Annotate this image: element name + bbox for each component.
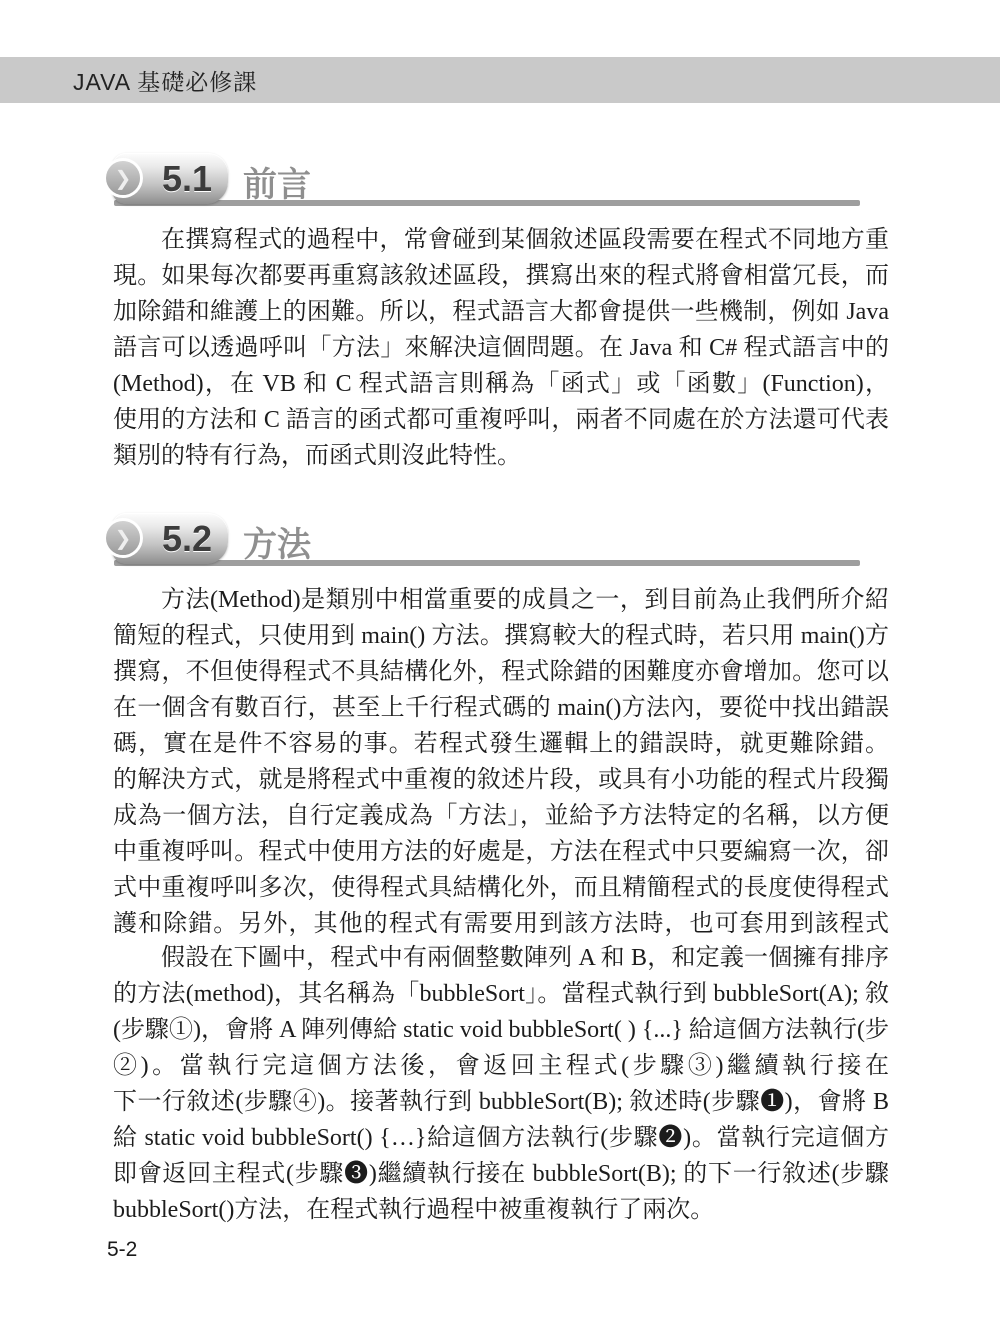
book-title: JAVA 基礎必修課 xyxy=(73,64,257,97)
chevron-right-icon: ❯ xyxy=(106,521,140,555)
text-line: 方法(Method)是類別中相當重要的成員之一，到目前為止我們所介紹的都是 xyxy=(113,582,889,618)
section-heading-5-1: ❯ 5.1 前言 xyxy=(0,153,1000,213)
text-line: 下一行敘述(步驟④)。接著執行到 bubbleSort(B); 敘述時(步驟❶)… xyxy=(113,1084,889,1120)
text-line: 式中重複呼叫多次，使得程式具結構化外，而且精簡程式的長度使得程式容易維 xyxy=(113,870,889,906)
page-number: 5-2 xyxy=(107,1238,137,1262)
text-line: 假設在下圖中，程式中有兩個整數陣列 A 和 B，和定義一個擁有排序功能 xyxy=(113,940,889,976)
text-line: 即會返回主程式(步驟❸)繼續執行接在 bubbleSort(B); 的下一行敘述… xyxy=(113,1156,889,1192)
section-number: 5.1 xyxy=(152,153,222,204)
text-line: 護和除錯。另外，其他的程式有需要用到該方法時，也可套用到該程式上。 xyxy=(113,906,889,942)
text-line: 在一個含有數百行，甚至上千行程式碼的 main()方法內，要從中找出錯誤的程式 xyxy=(113,690,889,726)
text-line: bubbleSort()方法，在程式執行過程中被重複執行了兩次。 xyxy=(113,1192,889,1228)
section-title: 前言 xyxy=(243,157,311,206)
text-line: 加除錯和維護上的困難。所以，程式語言大都會提供一些機制，例如 Java 程式 xyxy=(113,294,889,330)
text-line: 使用的方法和 C 語言的函式都可重複呼叫，兩者不同處在於方法還可代表屬於該 xyxy=(113,402,889,438)
text-line: 中重複呼叫。程式中使用方法的好處是，方法在程式中只要編寫一次，卻可在程 xyxy=(113,834,889,870)
text-line: 語言可以透過呼叫「方法」來解決這個問題。在 Java 和 C# 程式語言中的「方… xyxy=(113,330,889,366)
paragraph: 假設在下圖中，程式中有兩個整數陣列 A 和 B，和定義一個擁有排序功能的方法(m… xyxy=(113,940,889,1228)
book-page: JAVA 基礎必修課 ❯ 5.1 前言 在撰寫程式的過程中，常會碰到某個敘述區段… xyxy=(0,0,1000,1341)
section-title: 方法 xyxy=(243,517,311,566)
text-line: 在撰寫程式的過程中，常會碰到某個敘述區段需要在程式不同地方重複出 xyxy=(113,222,889,258)
text-line: 類別的特有行為，而函式則沒此特性。 xyxy=(113,438,889,474)
running-header-band: JAVA 基礎必修課 xyxy=(0,57,1000,103)
text-line: 現。如果每次都要再重寫該敘述區段，撰寫出來的程式將會相當冗長，而且會增 xyxy=(113,258,889,294)
text-line: 成為一個方法，自行定義成為「方法」，並給予方法特定的名稱，以方便在程式 xyxy=(113,798,889,834)
chevron-right-icon: ❯ xyxy=(106,161,140,195)
text-line: 的方法(method)，其名稱為「bubbleSort」。當程式執行到 bubb… xyxy=(113,976,889,1012)
text-line: 簡短的程式，只使用到 main() 方法。撰寫較大的程式時，若只用 main()… xyxy=(113,618,889,654)
heading-underline-rule xyxy=(114,560,860,566)
text-line: 撰寫，不但使得程式不具結構化外，程式除錯的困難度亦會增加。您可以想像要 xyxy=(113,654,889,690)
section-number-tab: ❯ 5.2 xyxy=(112,513,228,564)
text-line: ②)。當執行完這個方法後，會返回主程式(步驟③)繼續執行接在 bubbleSor… xyxy=(113,1048,889,1084)
text-line: 的解決方式，就是將程式中重複的敘述片段，或具有小功能的程式片段獨立出來 xyxy=(113,762,889,798)
section-heading-5-2: ❯ 5.2 方法 xyxy=(0,513,1000,573)
section-number: 5.2 xyxy=(152,513,222,564)
text-line: (Method)，在 VB 和 C 程式語言則稱為「函式」或「函數」(Funct… xyxy=(113,366,889,402)
paragraph: 在撰寫程式的過程中，常會碰到某個敘述區段需要在程式不同地方重複出現。如果每次都要… xyxy=(113,222,889,474)
paragraph: 方法(Method)是類別中相當重要的成員之一，到目前為止我們所介紹的都是簡短的… xyxy=(113,582,889,942)
heading-underline-rule xyxy=(114,200,860,206)
text-line: 給 static void bubbleSort() {…}給這個方法執行(步驟… xyxy=(113,1120,889,1156)
section-number-tab: ❯ 5.1 xyxy=(112,153,228,204)
text-line: 碼，實在是件不容易的事。若程式發生邏輯上的錯誤時，就更難除錯。Java 語言 xyxy=(113,726,889,762)
text-line: (步驟①)，會將 A 陣列傳給 static void bubbleSort( … xyxy=(113,1012,889,1048)
